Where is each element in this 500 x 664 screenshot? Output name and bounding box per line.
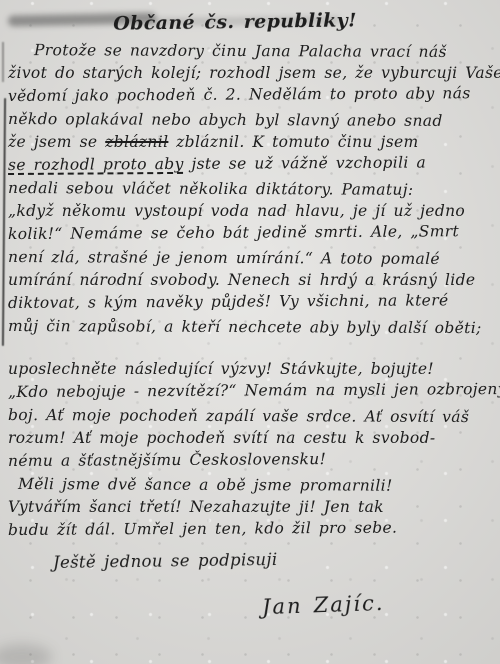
letter-text: můj čin zapůsobí, a kteří nechcete aby b… xyxy=(8,317,482,337)
letter-line: „Kdo nebojuje - nezvítězí?“ Nemám na mys… xyxy=(8,378,498,404)
letter-text: boj. Ať moje pochodeň zapálí vaše srdce.… xyxy=(8,406,469,426)
letter-text-strike: zbláznil xyxy=(105,133,168,151)
letter-line: boj. Ať moje pochodeň zapálí vaše srdce.… xyxy=(8,404,498,429)
letter-line: Měli jsme dvě šance a obě jsme promarnil… xyxy=(8,473,498,498)
letter-text: umírání národní svobody. Nenech si hrdý … xyxy=(8,271,475,289)
scan-corner-shade xyxy=(0,644,52,664)
letter-text: není zlá, strašné je jenom umírání.“ A t… xyxy=(8,248,440,268)
letter-text: nedali sebou vláčet několika diktátory. … xyxy=(8,179,414,199)
letter-line: diktovat, s kým navěky půjdeš! Vy všichn… xyxy=(8,289,498,315)
letter-salutation: Občané čs. republiky! xyxy=(0,8,470,37)
letter-text: budu žít dál. Umřel jen ten, kdo žil pro… xyxy=(8,519,397,539)
letter-text: diktovat, s kým navěky půjdeš! Vy všichn… xyxy=(8,291,449,312)
letter-line: nému a šťastnějšímu Československu! xyxy=(8,447,498,473)
letter-text: zbláznil. K tomuto činu jsem xyxy=(168,133,418,151)
letter-text: nému a šťastnějšímu Československu! xyxy=(8,450,326,470)
letter-line: budu žít dál. Umřel jen ten, kdo žil pro… xyxy=(8,516,498,542)
letter-text: vědomí jako pochodeň č. 2. Nedělám to pr… xyxy=(8,84,471,105)
scan-left-edge-artifact xyxy=(2,98,6,346)
letter-text: Vytvářím šanci třetí! Nezahazujte ji! Je… xyxy=(8,498,384,516)
letter-text: uposlechněte následující výzvy! Stávkujt… xyxy=(8,360,434,378)
letter-text: Protože se navzdory činu Jana Palacha vr… xyxy=(34,41,447,61)
letter-signature: Jan Zajíc. xyxy=(262,587,500,619)
letter-line: kolik!“ Nemáme se čeho bát jedině smrti.… xyxy=(8,220,498,246)
scanned-letter-page: Občané čs. republiky! Protože se navzdor… xyxy=(0,0,500,664)
letter-line: někdo oplakával nebo abych byl slavný an… xyxy=(8,108,498,133)
letter-text: rozum! Ať moje pochodeň svítí na cestu k… xyxy=(8,429,435,447)
scan-left-edge-tick xyxy=(2,42,4,82)
letter-text: život do starých kolejí; rozhodl jsem se… xyxy=(8,64,500,82)
letter-closing: Ještě jednou se podpisuji xyxy=(53,547,500,572)
letter-text: jste se už vážně vzchopili a xyxy=(184,153,427,172)
letter-body: Protože se navzdory činu Jana Palacha vr… xyxy=(8,39,498,542)
letter-line: není zlá, strašné je jenom umírání.“ A t… xyxy=(8,246,498,271)
letter-text: že jsem se xyxy=(8,133,105,151)
letter-line: vědomí jako pochodeň č. 2. Nedělám to pr… xyxy=(8,82,498,108)
letter-line: Protože se navzdory činu Jana Palacha vr… xyxy=(8,39,498,64)
letter-text: někdo oplakával nebo abych byl slavný an… xyxy=(8,110,443,130)
letter-text: „Kdo nebojuje - nezvítězí?“ Nemám na mys… xyxy=(8,380,500,401)
letter-line: můj čin zapůsobí, a kteří nechcete aby b… xyxy=(8,315,498,340)
letter-text-underline: se rozhodl proto aby xyxy=(8,155,184,174)
letter-line: nedali sebou vláčet několika diktátory. … xyxy=(8,177,498,202)
letter-line: se rozhodl proto aby jste se už vážně vz… xyxy=(8,151,498,177)
letter-text: Měli jsme dvě šance a obě jsme promarnil… xyxy=(18,475,393,495)
letter-text: „když někomu vystoupí voda nad hlavu, je… xyxy=(8,202,465,220)
letter-text: kolik!“ Nemáme se čeho bát jedině smrti.… xyxy=(8,222,459,243)
